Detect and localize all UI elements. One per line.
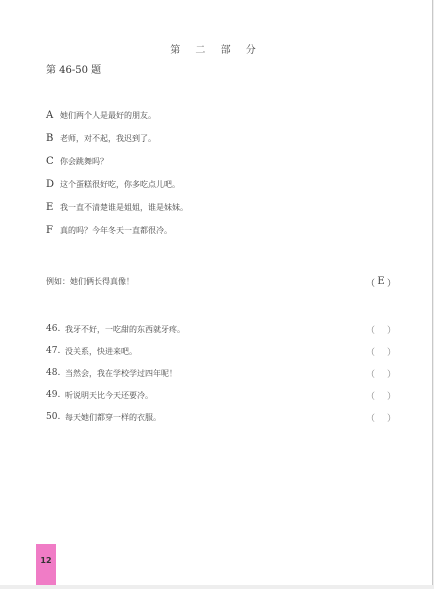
close-paren: ） (387, 389, 396, 402)
close-paren: ） (387, 367, 396, 380)
close-paren: ） (387, 276, 396, 289)
close-paren: ） (387, 345, 396, 358)
question-48: 48. 当然会，我在学校学过四年呢！ （ ） (46, 362, 396, 384)
section-title: 第 二 部 分 (0, 41, 432, 56)
answer-blank[interactable]: （ ） (366, 323, 396, 336)
close-paren: ） (387, 323, 396, 336)
open-paren: （ (366, 276, 375, 289)
questions-list: 46. 我牙不好，一吃甜的东西就牙疼。 （ ） 47. 没关系，快进来吧。 （ … (46, 318, 396, 428)
option-c: C 你会跳舞吗？ (46, 150, 188, 173)
question-47: 47. 没关系，快进来吧。 （ ） (46, 340, 396, 362)
option-text: 你会跳舞吗？ (60, 156, 108, 167)
question-number: 46. (46, 324, 65, 335)
answer-blank[interactable]: （ ） (366, 345, 396, 358)
open-paren: （ (366, 323, 375, 336)
answer-blank[interactable]: （ ） (366, 411, 396, 424)
option-d: D 这个蛋糕很好吃，你多吃点儿吧。 (46, 173, 188, 196)
answer-options-list: A 她们两个人是最好的朋友。 B 老师，对不起，我迟到了。 C 你会跳舞吗？ D… (46, 104, 188, 242)
question-number: 50. (46, 412, 65, 423)
option-letter: C (46, 156, 60, 167)
question-range-heading: 第 46-50 题 (46, 61, 101, 76)
example-answer-blank: （ E ） (366, 276, 396, 289)
option-letter: B (46, 133, 60, 144)
question-text: 听说明天比今天还要冷。 (65, 390, 153, 401)
question-46: 46. 我牙不好，一吃甜的东西就牙疼。 （ ） (46, 318, 396, 340)
option-a: A 她们两个人是最好的朋友。 (46, 104, 188, 127)
open-paren: （ (366, 411, 375, 424)
question-number: 48. (46, 368, 65, 379)
question-49: 49. 听说明天比今天还要冷。 （ ） (46, 384, 396, 406)
option-letter: E (46, 202, 60, 213)
open-paren: （ (366, 345, 375, 358)
example-answer: E (377, 276, 384, 289)
option-text: 老师，对不起，我迟到了。 (60, 133, 156, 144)
question-number: 47. (46, 346, 65, 357)
option-text: 我一直不清楚谁是姐姐，谁是妹妹。 (60, 202, 188, 213)
question-text: 每天她们都穿一样的衣服。 (65, 412, 161, 423)
option-e: E 我一直不清楚谁是姐姐，谁是妹妹。 (46, 196, 188, 219)
option-text: 真的吗？今年冬天一直都很冷。 (60, 225, 172, 236)
close-paren: ） (387, 411, 396, 424)
answer-blank[interactable]: （ ） (366, 367, 396, 380)
option-b: B 老师，对不起，我迟到了。 (46, 127, 188, 150)
question-number: 49. (46, 390, 65, 401)
example-row: 例如：她们俩长得真像！ （ E ） (46, 276, 396, 289)
page-number-tab: 12 (36, 544, 56, 585)
document-page: 第 二 部 分 第 46-50 题 A 她们两个人是最好的朋友。 B 老师，对不… (0, 0, 433, 585)
option-text: 这个蛋糕很好吃，你多吃点儿吧。 (60, 179, 180, 190)
option-letter: A (46, 110, 60, 121)
example-text: 例如：她们俩长得真像！ (46, 276, 134, 289)
question-text: 没关系，快进来吧。 (65, 346, 137, 357)
option-letter: F (46, 225, 60, 236)
open-paren: （ (366, 389, 375, 402)
option-letter: D (46, 179, 60, 190)
option-text: 她们两个人是最好的朋友。 (60, 110, 156, 121)
question-text: 我牙不好，一吃甜的东西就牙疼。 (65, 324, 185, 335)
open-paren: （ (366, 367, 375, 380)
option-f: F 真的吗？今年冬天一直都很冷。 (46, 219, 188, 242)
answer-blank[interactable]: （ ） (366, 389, 396, 402)
question-50: 50. 每天她们都穿一样的衣服。 （ ） (46, 406, 396, 428)
question-text: 当然会，我在学校学过四年呢！ (65, 368, 177, 379)
